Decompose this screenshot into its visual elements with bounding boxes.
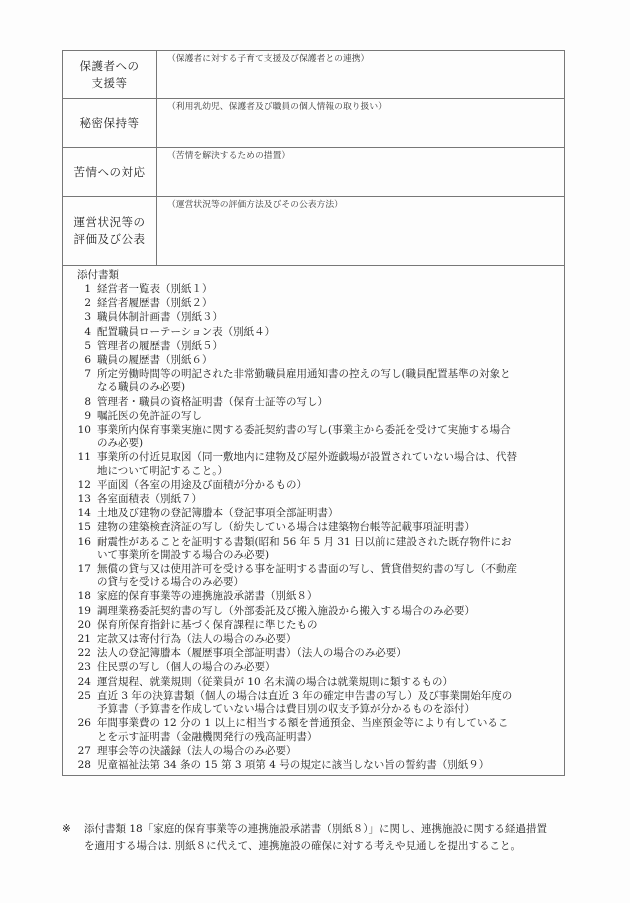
list-item: 10事業所内保育事業実施に関する委託契約書の写し(事業主から委託を受けて実施する… [63, 424, 564, 450]
item-number: 27 [63, 745, 97, 758]
item-number: 15 [63, 521, 97, 534]
confidentiality-field[interactable]: （利用乳幼児、保護者及び職員の個人情報の取り扱い） [157, 99, 565, 148]
row-label-line: 保護者への [63, 58, 156, 75]
item-text: 職員の履歴書（別紙６） [97, 354, 517, 367]
list-item: 6職員の履歴書（別紙６） [63, 354, 564, 367]
item-number: 26 [63, 717, 97, 743]
list-item: 21定款又は寄付行為（法人の場合のみ必要） [63, 633, 564, 646]
row-label-line: 運営状況等の [63, 214, 156, 231]
reference-mark-icon: ※ [62, 821, 84, 855]
item-text: 管理者・職員の資格証明書（保育士証等の写し） [97, 396, 517, 409]
list-item: 20保育所保育指針に基づく保育課程に準じたもの [63, 619, 564, 632]
list-item: 15建物の建築検査済証の写し（紛失している場合は建築物台帳等記載事項証明書） [63, 521, 564, 534]
item-number: 17 [63, 563, 97, 589]
item-number: 3 [63, 311, 97, 324]
item-number: 21 [63, 633, 97, 646]
item-text: 家庭的保育事業等の連携施設承諾書（別紙８） [97, 590, 517, 603]
list-item: 4配置職員ローテーション表（別紙４） [63, 326, 564, 339]
list-item: 11事業所の付近見取図（同一敷地内に建物及び屋外遊戯場が設置されていない場合は、… [63, 451, 564, 477]
item-text: 所定労働時間等の明記された非常勤職員雇用通知書の控えの写し(職員配置基準の対象と… [97, 368, 517, 394]
item-text: 住民票の写し（個人の場合のみ必要） [97, 661, 517, 674]
evaluation-field[interactable]: （運営状況等の評価方法及びその公表方法） [157, 197, 565, 266]
item-text: 事業所の付近見取図（同一敷地内に建物及び屋外遊戯場が設置されていない場合は、代替… [97, 451, 517, 477]
form-row-evaluation: 運営状況等の 評価及び公表 （運営状況等の評価方法及びその公表方法） [63, 197, 565, 266]
row-label-line: 苦情への対応 [63, 164, 156, 181]
item-number: 22 [63, 647, 97, 660]
item-number: 6 [63, 354, 97, 367]
item-text: 年間事業費の 12 分の 1 以上に相当する額を普通預金、当座預金等により有して… [97, 717, 517, 743]
item-number: 2 [63, 297, 97, 310]
attachments-section: 添付書類 1経営者一覧表（別紙１） 2経営者履歴書（別紙２） 3職員体制計画書（… [63, 266, 565, 776]
item-number: 4 [63, 326, 97, 339]
item-text: 経営者履歴書（別紙２） [97, 297, 517, 310]
item-text: 直近 3 年の決算書類（個人の場合は直近 3 年の確定申告書の写し）及び事業開始… [97, 690, 517, 716]
list-item: 3職員体制計画書（別紙３） [63, 311, 564, 324]
list-item: 23住民票の写し（個人の場合のみ必要） [63, 661, 564, 674]
list-item: 25直近 3 年の決算書類（個人の場合は直近 3 年の確定申告書の写し）及び事業… [63, 690, 564, 716]
item-text: 保育所保育指針に基づく保育課程に準じたもの [97, 619, 517, 632]
item-number: 13 [63, 493, 97, 506]
parent-support-field[interactable]: （保護者に対する子育て支援及び保護者との連携） [157, 51, 565, 99]
form-row-complaints: 苦情への対応 （苦情を解決するための措置） [63, 148, 565, 197]
item-text: 無償の貸与又は使用許可を受ける事を証明する書面の写し、賃貸借契約書の写し（不動産… [97, 563, 517, 589]
list-item: 16耐震性があることを証明する書類(昭和 56 年 5 月 31 日以前に建設さ… [63, 536, 564, 562]
item-number: 18 [63, 590, 97, 603]
item-number: 1 [63, 283, 97, 296]
item-text: 土地及び建物の登記簿謄本（登記事項全部証明書） [97, 507, 517, 520]
list-item: 26年間事業費の 12 分の 1 以上に相当する額を普通預金、当座預金等により有… [63, 717, 564, 743]
item-number: 9 [63, 410, 97, 423]
item-number: 20 [63, 619, 97, 632]
list-item: 13各室面積表（別紙７） [63, 493, 564, 506]
field-hint: （保護者に対する子育て支援及び保護者との連携） [167, 53, 564, 65]
item-number: 25 [63, 690, 97, 716]
form-row-parent-support: 保護者への 支援等 （保護者に対する子育て支援及び保護者との連携） [63, 51, 565, 99]
item-number: 16 [63, 536, 97, 562]
row-label: 苦情への対応 [63, 148, 157, 197]
list-item: 24運営規程、就業規則（従業員が 10 名未満の場合は就業規則に類するもの） [63, 676, 564, 689]
application-form-table: 保護者への 支援等 （保護者に対する子育て支援及び保護者との連携） 秘密保持等 … [62, 50, 565, 776]
row-label-line: 支援等 [63, 75, 156, 92]
item-number: 8 [63, 396, 97, 409]
item-text: 児童福祉法第 34 条の 15 第 3 項第 4 号の規定に該当しない旨の誓約書… [97, 759, 517, 772]
list-item: 28児童福祉法第 34 条の 15 第 3 項第 4 号の規定に該当しない旨の誓… [63, 759, 564, 772]
item-text: 耐震性があることを証明する書類(昭和 56 年 5 月 31 日以前に建設された… [97, 536, 517, 562]
list-item: 27理事会等の決議録（法人の場合のみ必要） [63, 745, 564, 758]
row-label: 保護者への 支援等 [63, 51, 157, 99]
list-item: 17無償の貸与又は使用許可を受ける事を証明する書面の写し、賃貸借契約書の写し（不… [63, 563, 564, 589]
complaints-field[interactable]: （苦情を解決するための措置） [157, 148, 565, 197]
list-item: 18家庭的保育事業等の連携施設承諾書（別紙８） [63, 590, 564, 603]
list-item: 1経営者一覧表（別紙１） [63, 283, 564, 296]
item-number: 11 [63, 451, 97, 477]
item-text: 平面図（各室の用途及び面積が分かるもの） [97, 479, 517, 492]
item-number: 10 [63, 424, 97, 450]
item-text: 各室面積表（別紙７） [97, 493, 517, 506]
list-item: 19調理業務委託契約書の写し（外部委託及び搬入施設から搬入する場合のみ必要） [63, 605, 564, 618]
item-text: 建物の建築検査済証の写し（紛失している場合は建築物台帳等記載事項証明書） [97, 521, 517, 534]
row-label: 運営状況等の 評価及び公表 [63, 197, 157, 266]
item-text: 法人の登記簿謄本（履歴事項全部証明書）（法人の場合のみ必要） [97, 647, 517, 660]
item-number: 12 [63, 479, 97, 492]
field-hint: （利用乳幼児、保護者及び職員の個人情報の取り扱い） [167, 101, 564, 113]
attachments-title: 添付書類 [63, 269, 564, 282]
form-row-confidentiality: 秘密保持等 （利用乳幼児、保護者及び職員の個人情報の取り扱い） [63, 99, 565, 148]
row-label-line: 秘密保持等 [63, 115, 156, 132]
attachments-row: 添付書類 1経営者一覧表（別紙１） 2経営者履歴書（別紙２） 3職員体制計画書（… [63, 266, 565, 776]
item-text: 経営者一覧表（別紙１） [97, 283, 517, 296]
list-item: 9嘱託医の免許証の写し [63, 410, 564, 423]
item-number: 28 [63, 759, 97, 772]
item-number: 7 [63, 368, 97, 394]
list-item: 7所定労働時間等の明記された非常勤職員雇用通知書の控えの写し(職員配置基準の対象… [63, 368, 564, 394]
item-number: 5 [63, 340, 97, 353]
row-label-line: 評価及び公表 [63, 231, 156, 248]
item-text: 嘱託医の免許証の写し [97, 410, 517, 423]
list-item: 12平面図（各室の用途及び面積が分かるもの） [63, 479, 564, 492]
item-text: 職員体制計画書（別紙３） [97, 311, 517, 324]
item-text: 運営規程、就業規則（従業員が 10 名未満の場合は就業規則に類するもの） [97, 676, 517, 689]
footnote-text: 添付書類 18「家庭的保育事業等の連携施設承諾書（別紙８）」に関し、連携施設に関… [84, 821, 552, 855]
row-label: 秘密保持等 [63, 99, 157, 148]
item-number: 23 [63, 661, 97, 674]
item-text: 調理業務委託契約書の写し（外部委託及び搬入施設から搬入する場合のみ必要） [97, 605, 517, 618]
attachments-list: 1経営者一覧表（別紙１） 2経営者履歴書（別紙２） 3職員体制計画書（別紙３） … [63, 283, 564, 772]
field-hint: （苦情を解決するための措置） [167, 150, 564, 162]
item-text: 理事会等の決議録（法人の場合のみ必要） [97, 745, 517, 758]
list-item: 14土地及び建物の登記簿謄本（登記事項全部証明書） [63, 507, 564, 520]
item-text: 配置職員ローテーション表（別紙４） [97, 326, 517, 339]
list-item: 8管理者・職員の資格証明書（保育士証等の写し） [63, 396, 564, 409]
item-number: 19 [63, 605, 97, 618]
list-item: 5管理者の履歴書（別紙５） [63, 340, 564, 353]
item-text: 管理者の履歴書（別紙５） [97, 340, 517, 353]
item-number: 24 [63, 676, 97, 689]
item-text: 事業所内保育事業実施に関する委託契約書の写し(事業主から委託を受けて実施する場合… [97, 424, 517, 450]
item-number: 14 [63, 507, 97, 520]
list-item: 22法人の登記簿謄本（履歴事項全部証明書）（法人の場合のみ必要） [63, 647, 564, 660]
footnote: ※ 添付書類 18「家庭的保育事業等の連携施設承諾書（別紙８）」に関し、連携施設… [62, 821, 572, 855]
list-item: 2経営者履歴書（別紙２） [63, 297, 564, 310]
item-text: 定款又は寄付行為（法人の場合のみ必要） [97, 633, 517, 646]
field-hint: （運営状況等の評価方法及びその公表方法） [167, 199, 564, 211]
